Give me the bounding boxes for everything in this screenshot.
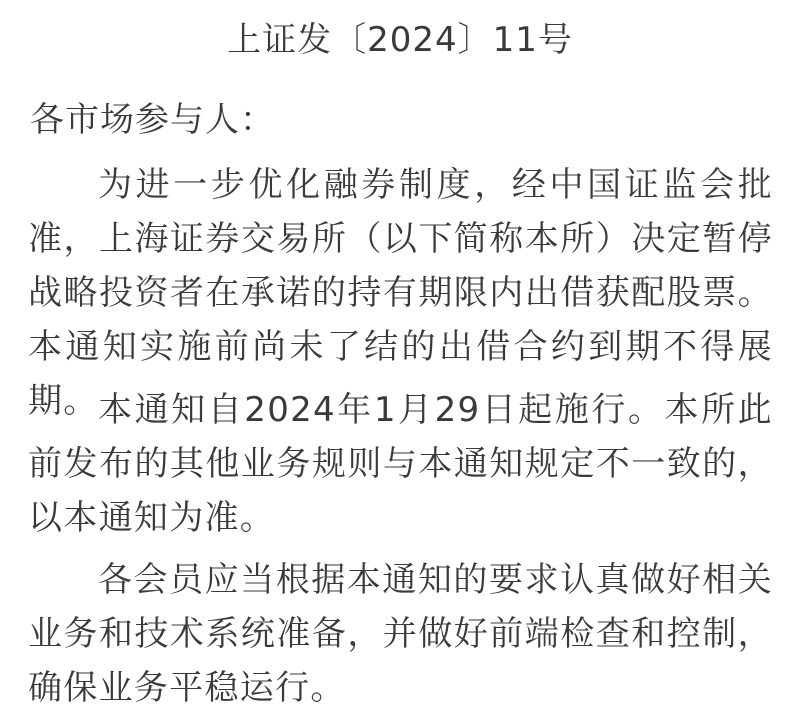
paragraph-effective-date: 本通知自2024年1月29日起施行。本所此前发布的其他业务规则与本通知规定不一致… <box>28 383 773 545</box>
paragraph-member-requirements: 各会员应当根据本通知的要求认真做好相关业务和技术系统准备，并做好前端检查和控制，… <box>28 553 773 715</box>
document-number-title: 上证发〔2024〕11号 <box>0 14 800 66</box>
salutation: 各市场参与人： <box>30 94 275 146</box>
